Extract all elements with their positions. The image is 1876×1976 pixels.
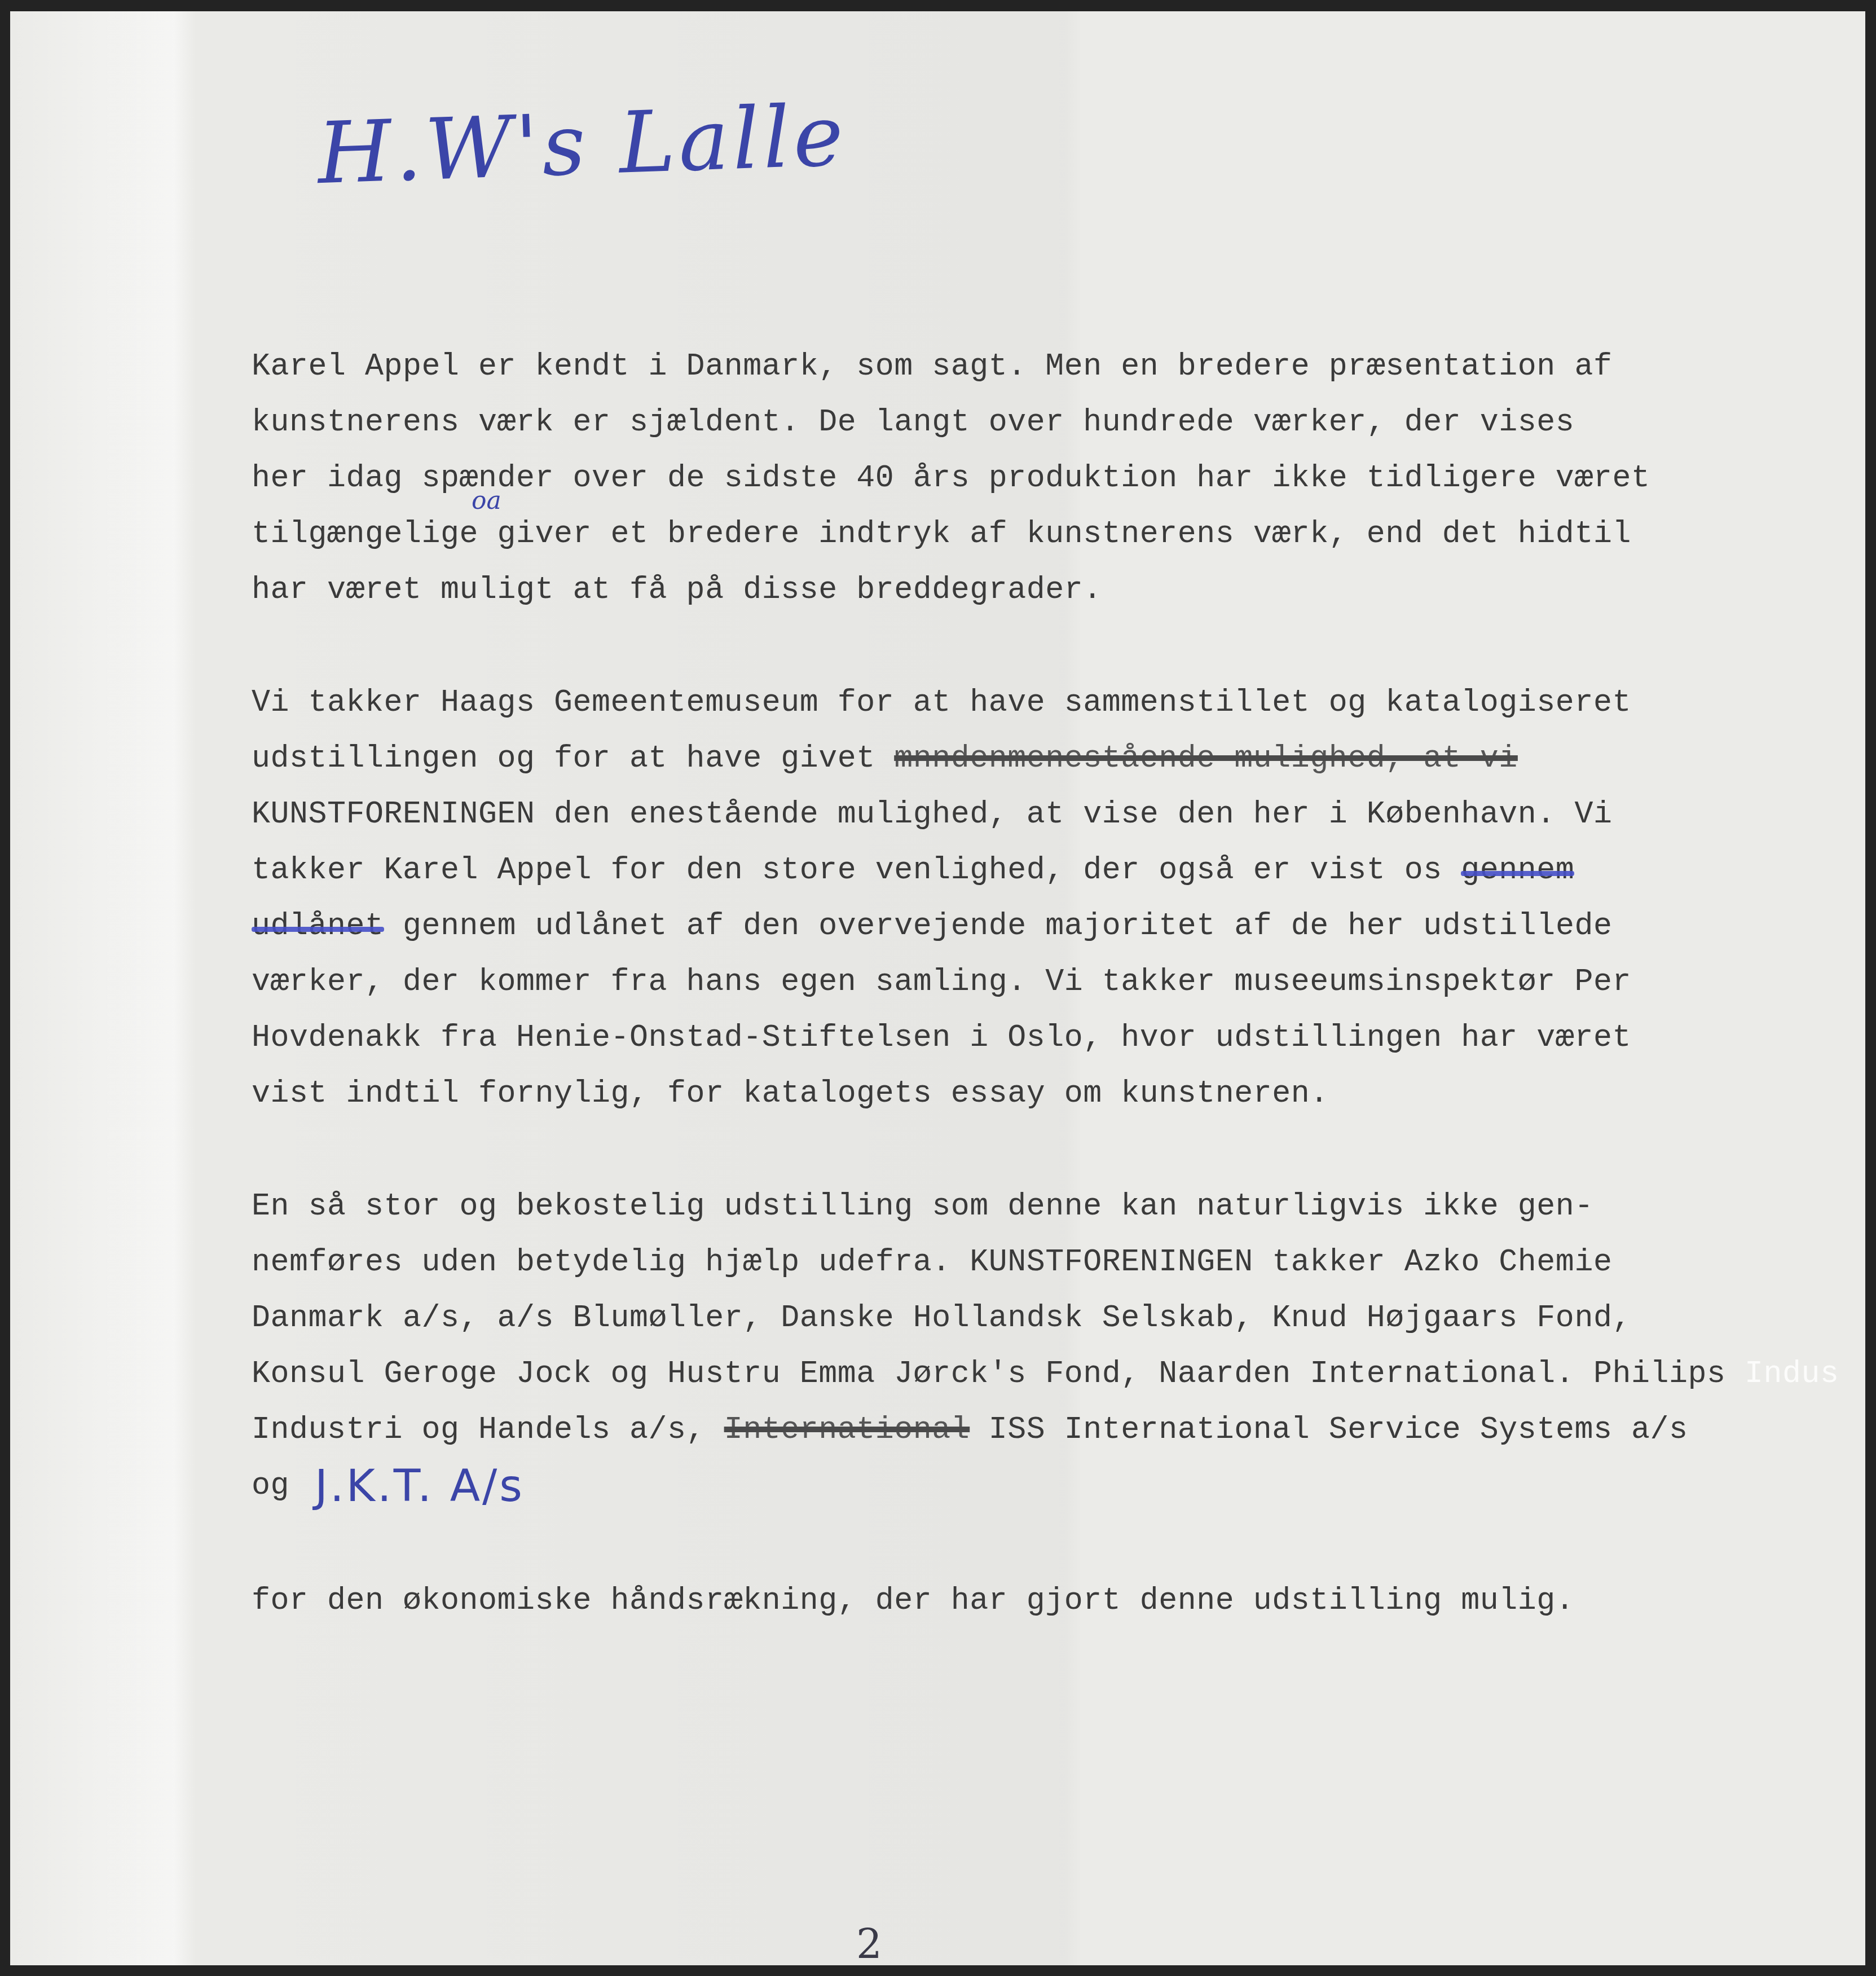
text-line: takker Karel Appel for den store venligh… [252, 842, 1859, 898]
text-segment: Konsul Geroge Jock og Hustru Emma Jørck'… [252, 1356, 1725, 1392]
text-line: har været muligt at få på disse breddegr… [252, 562, 1859, 618]
text-line: nemføres uden betydelig hjælp udefra. KU… [252, 1234, 1859, 1290]
text-line: Industri og Handels a/s, International I… [252, 1402, 1859, 1458]
paragraph-intro: Karel Appel er kendt i Danmark, som sagt… [252, 338, 1859, 618]
text-segment: gennem udlånet af den overvejende majori… [384, 908, 1613, 944]
text-segment: udstillingen og for at have givet [252, 741, 894, 776]
text-line: Konsul Geroge Jock og Hustru Emma Jørck'… [252, 1346, 1859, 1402]
paragraph-closing: for den økonomiske håndsrækning, der har… [252, 1573, 1859, 1629]
text-line: udlånet gennem udlånet af den overvejend… [252, 898, 1859, 954]
typed-strikethrough: mnndenmenestående mulighed, at vi [894, 741, 1518, 776]
correction-fluid-text: Indus [1745, 1356, 1839, 1392]
text-line: værker, der kommer fra hans egen samling… [252, 954, 1859, 1010]
text-line: for den økonomiske håndsrækning, der har… [252, 1573, 1859, 1629]
text-line: udstillingen og for at have givet mnnden… [252, 730, 1859, 786]
handwritten-sponsor: J.K.T. A/s [315, 1461, 525, 1512]
text-line: Vi takker Haags Gemeentemuseum for at ha… [252, 675, 1859, 730]
text-segment: ISS International Service Systems a/s [970, 1412, 1688, 1447]
pen-strikethrough: gennem [1461, 852, 1574, 888]
typed-strikethrough: International [724, 1412, 970, 1447]
text-line: Karel Appel er kendt i Danmark, som sagt… [252, 338, 1859, 394]
paragraph-thanks: Vi takker Haags Gemeentemuseum for at ha… [252, 675, 1859, 1121]
handwritten-title: H.W's Lalle [316, 87, 848, 204]
text-line: vist indtil fornylig, for katalogets ess… [252, 1066, 1859, 1121]
page-number: 2 [856, 1921, 882, 1968]
document-page: H.W's Lalle oa Karel Appel er kendt i Da… [10, 11, 1865, 1965]
text-line: En så stor og bekostelig udstilling som … [252, 1178, 1859, 1234]
pen-strikethrough: udlånet [252, 908, 384, 944]
text-line: Hovdenakk fra Henie-Onstad-Stiftelsen i … [252, 1010, 1859, 1066]
text-segment: takker Karel Appel for den store venligh… [252, 852, 1461, 888]
text-line: tilgængelige giver et bredere indtryk af… [252, 506, 1859, 562]
text-line: Danmark a/s, a/s Blumøller, Danske Holla… [252, 1290, 1859, 1346]
text-segment: Industri og Handels a/s, [252, 1412, 724, 1447]
text-line: kunstnerens værk er sjældent. De langt o… [252, 394, 1859, 450]
text-line: her idag spænder over de sidste 40 års p… [252, 450, 1859, 506]
text-line: KUNSTFORENINGEN den enestående mulighed,… [252, 786, 1859, 842]
